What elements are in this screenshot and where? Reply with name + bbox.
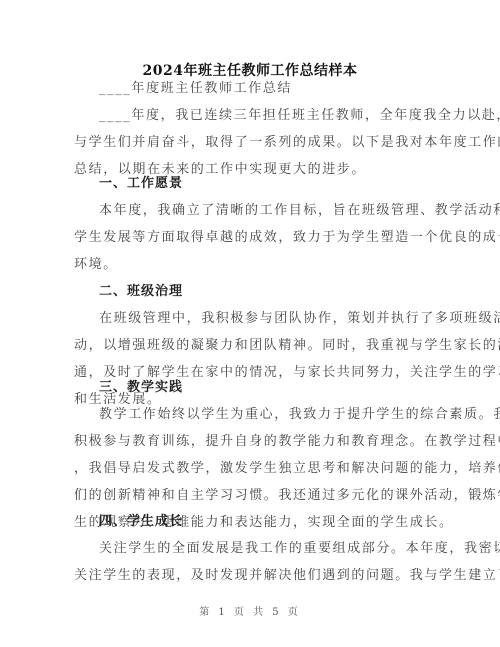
paragraph-line: 关注学生的表现，及时发现并解决他们遇到的问题。我与学生建立了 bbox=[74, 568, 419, 584]
document-page: 2024年班主任教师工作总结样本 ____年度班主任教师工作总结 ____年度，… bbox=[0, 0, 500, 647]
page-footer: 第 1 页 共 5 页 bbox=[0, 603, 500, 618]
subtitle: ____年度班主任教师工作总结 bbox=[99, 81, 444, 97]
paragraph-line: 动，以增强班级的凝聚力和团队精神。同时，我重视与学生家长的沟 bbox=[74, 338, 419, 354]
section-heading: 三、教学实践 bbox=[99, 380, 444, 396]
paragraph-line: 积极参与教育训练，提升自身的教学能力和教育理念。在教学过程中 bbox=[74, 434, 419, 450]
paragraph-line: 本年度，我确立了清晰的工作目标，旨在班级管理、教学活动和 bbox=[99, 203, 444, 219]
paragraph-line: 学生发展等方面取得卓越的成效，致力于为学生塑造一个优良的成长 bbox=[74, 230, 419, 246]
paragraph-line: 教学工作始终以学生为重心，我致力于提升学生的综合素质。我 bbox=[99, 407, 444, 423]
paragraph-line: 关注学生的全面发展是我工作的重要组成部分。本年度，我密切 bbox=[99, 541, 444, 557]
paragraph-line: ，我倡导启发式教学，激发学生独立思考和解决问题的能力，培养他 bbox=[74, 461, 419, 477]
intro-line: 与学生们并肩奋斗，取得了一系列的成果。以下是我对本年度工作的 bbox=[74, 135, 419, 151]
paragraph-line: 通，及时了解学生在家中的情况，与家长共同努力，关注学生的学习 bbox=[74, 365, 419, 381]
paragraph-line: 环境。 bbox=[74, 257, 419, 273]
paragraph-line: 在班级管理中，我积极参与团队协作，策划并执行了多项班级活 bbox=[99, 311, 444, 327]
intro-line: ____年度，我已连续三年担任班主任教师，全年度我全力以赴， bbox=[99, 108, 444, 124]
section-heading: 二、班级治理 bbox=[99, 284, 444, 300]
paragraph-line: 们的创新精神和自主学习习惯。我还通过多元化的课外活动，锻炼学 bbox=[74, 488, 419, 504]
section-heading: 四、学生成长 bbox=[99, 514, 444, 530]
section-heading: 一、工作愿景 bbox=[99, 176, 444, 192]
document-title: 2024年班主任教师工作总结样本 bbox=[0, 60, 500, 80]
